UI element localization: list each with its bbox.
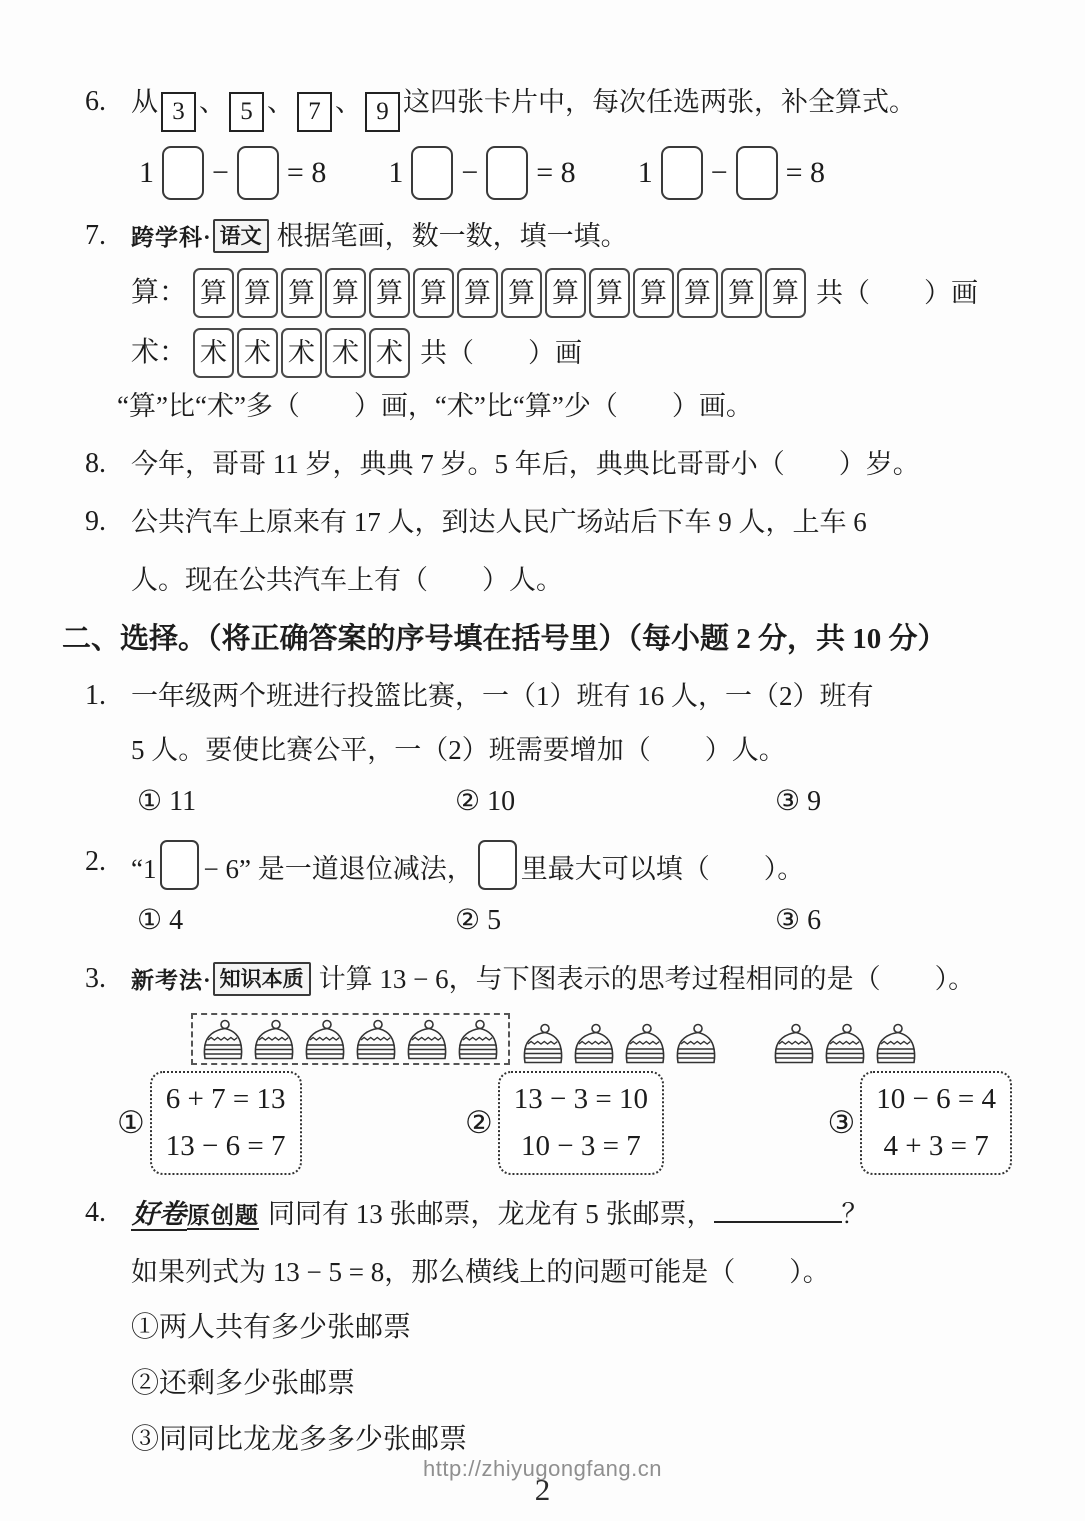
c2-text-open: “1 — [131, 854, 156, 884]
cake-icon — [822, 1023, 868, 1065]
c4-option-1: ①两人共有多少张邮票 — [131, 1306, 1030, 1350]
chinese-subject-badge: 语文 — [213, 219, 269, 253]
cake-group-right — [771, 1023, 919, 1065]
choice-question-3: 3. 新考法·知识本质计算 13 − 6，与下图表示的思考过程相同的是（ ）。 … — [85, 957, 1030, 1175]
c4-line1: 好卷原创题同同有 13 张邮票，龙龙有 5 张邮票，？ — [131, 1191, 1030, 1238]
suan-tally: 共（ ）画 — [816, 271, 978, 315]
cake-icon — [404, 1019, 450, 1061]
q9-line2: 人。现在公共汽车上有（ ）人。 — [131, 558, 1030, 602]
stroke-order-box: 术 — [237, 328, 278, 378]
option-3: ③ 6 — [775, 899, 1030, 943]
q6-text: 从3、5、7、9这四张卡片中，每次任选两张，补全算式。 — [131, 80, 1030, 132]
question-number: 4. — [85, 1191, 131, 1235]
equation-line: 10 − 3 = 7 — [514, 1123, 648, 1170]
card-value: 5 — [240, 90, 253, 134]
equation-3: 1 − = 8 — [638, 146, 825, 200]
equation-line: 4 + 3 = 7 — [876, 1123, 996, 1170]
stroke-char: 算 — [596, 271, 623, 315]
option-label: ② — [465, 1101, 493, 1145]
cake-icon — [251, 1019, 297, 1061]
stroke-order-box: 算 — [545, 268, 586, 318]
c1-line1: 一年级两个班进行投篮比赛，一（1）班有 16 人，一（2）班有 — [131, 674, 1030, 718]
card-value: 7 — [308, 90, 321, 134]
equation-lead: 1 — [388, 151, 403, 195]
card-separator: 、 — [199, 87, 226, 117]
q7-text: 跨学科·语文根据笔画，数一数，填一填。 — [131, 214, 1030, 260]
c4-option-2: ②还剩多少张邮票 — [131, 1362, 1030, 1406]
cake-group-middle — [520, 1023, 719, 1065]
stroke-char: 术 — [288, 331, 315, 375]
cake-icon — [673, 1023, 719, 1065]
option-2: ② 10 — [455, 780, 775, 824]
equation-lead: 1 — [139, 151, 154, 195]
shu-stroke-boxes: 术术术术术 — [193, 328, 410, 378]
minus-sign: − — [212, 151, 229, 195]
minus-sign: − — [461, 151, 478, 195]
option-label: ① — [117, 1101, 145, 1145]
worksheet-page: 6. 从3、5、7、9这四张卡片中，每次任选两张，补全算式。 1 − = 8 1… — [0, 0, 1085, 1521]
equation-1: 1 − = 8 — [139, 146, 326, 200]
cake-icon — [455, 1019, 501, 1061]
stroke-order-box: 术 — [369, 328, 410, 378]
stroke-char: 算 — [640, 271, 667, 315]
stroke-order-box: 算 — [677, 268, 718, 318]
question-9: 9. 公共汽车上原来有 17 人，到达人民广场站后下车 9 人，上车 6 人。现… — [85, 500, 1030, 602]
stroke-order-box: 算 — [501, 268, 542, 318]
number-card: 3 — [161, 92, 196, 132]
c3-instruction: 计算 13 − 6，与下图表示的思考过程相同的是（ ）。 — [319, 964, 975, 994]
option-equations-box: 10 − 6 = 4 4 + 3 = 7 — [860, 1071, 1012, 1175]
c2-text-mid: − 6” 是一道退位减法， — [203, 854, 473, 884]
stroke-char: 算 — [420, 271, 447, 315]
stroke-order-box: 算 — [721, 268, 762, 318]
answer-box — [486, 146, 528, 200]
q9-line1: 公共汽车上原来有 17 人，到达人民广场站后下车 9 人，上车 6 — [131, 500, 1030, 544]
stroke-order-box: 术 — [281, 328, 322, 378]
stroke-char: 算 — [772, 271, 799, 315]
card-separator: 、 — [267, 87, 294, 117]
card-value: 9 — [376, 90, 389, 134]
option-equations-box: 6 + 7 = 13 13 − 6 = 7 — [150, 1071, 302, 1175]
q6-text-prefix: 从 — [131, 87, 158, 117]
number-card: 9 — [365, 92, 400, 132]
equation-result: = 8 — [786, 151, 825, 195]
number-card: 7 — [297, 92, 332, 132]
c3-options: ① 6 + 7 = 13 13 − 6 = 7 ② 13 − 3 = 10 10… — [117, 1071, 1030, 1175]
stroke-char: 算 — [244, 271, 271, 315]
cake-icon — [571, 1023, 617, 1065]
question-6: 6. 从3、5、7、9这四张卡片中，每次任选两张，补全算式。 1 − = 8 1… — [85, 80, 1030, 200]
q7-compare-line: “算”比“术”多（ ）画，“术”比“算”少（ ）画。 — [117, 384, 1030, 428]
c4-text: 同同有 13 张邮票，龙龙有 5 张邮票， — [268, 1199, 714, 1229]
suan-stroke-row: 算： 算算算算算算算算算算算算算算 共（ ）画 — [131, 268, 1030, 318]
c4-question-mark: ？ — [842, 1199, 869, 1229]
stroke-order-box: 算 — [193, 268, 234, 318]
equation-lead: 1 — [638, 151, 653, 195]
stroke-order-box: 术 — [193, 328, 234, 378]
section-2-title: 二、选择。（将正确答案的序号填在括号里）（每小题 2 分，共 10 分） — [62, 616, 1030, 662]
q6-text-suffix: 这四张卡片中，每次任选两张，补全算式。 — [403, 87, 916, 117]
question-8: 8. 今年，哥哥 11 岁，典典 7 岁。5 年后，典典比哥哥小（ ）岁。 — [85, 442, 1030, 486]
suan-stroke-boxes: 算算算算算算算算算算算算算算 — [193, 268, 806, 318]
option-2: ② 5 — [455, 899, 775, 943]
answer-box — [736, 146, 778, 200]
original-question-badge: 原创题 — [187, 1203, 259, 1230]
stroke-char: 算 — [728, 271, 755, 315]
stroke-order-box: 算 — [413, 268, 454, 318]
shu-tally: 共（ ）画 — [420, 331, 582, 375]
answer-box — [661, 146, 703, 200]
stroke-order-box: 算 — [457, 268, 498, 318]
cake-diagram — [191, 1013, 1030, 1065]
cross-subject-badge: 跨学科· — [131, 225, 212, 250]
equation-result: = 8 — [287, 151, 326, 195]
c3-option-3: ③ 10 − 6 = 4 4 + 3 = 7 — [827, 1071, 1012, 1175]
answer-box — [160, 840, 199, 890]
cake-icon — [353, 1019, 399, 1061]
option-label: ③ — [827, 1101, 855, 1145]
option-1: ① 4 — [137, 899, 455, 943]
cake-icon — [873, 1023, 919, 1065]
c1-line2: 5 人。要使比赛公平，一（2）班需要增加（ ）人。 — [131, 728, 1030, 772]
answer-box — [162, 146, 204, 200]
shu-stroke-row: 术： 术术术术术 共（ ）画 — [131, 328, 1030, 378]
cake-group-boxed — [191, 1013, 510, 1065]
q8-text: 今年，哥哥 11 岁，典典 7 岁。5 年后，典典比哥哥小（ ）岁。 — [131, 442, 1030, 486]
stroke-char: 算 — [684, 271, 711, 315]
answer-box — [411, 146, 453, 200]
stroke-char: 算 — [508, 271, 535, 315]
blank-underline — [714, 1191, 842, 1223]
shu-label: 术： — [131, 331, 187, 375]
choice-question-4: 4. 好卷原创题同同有 13 张邮票，龙龙有 5 张邮票，？ 如果列式为 13 … — [85, 1191, 1030, 1462]
c2-text-end: 里最大可以填（ ）。 — [521, 854, 805, 884]
question-number: 7. — [85, 214, 131, 258]
q6-equations-row: 1 − = 8 1 − = 8 1 − — [139, 146, 1030, 200]
equation-line: 13 − 6 = 7 — [166, 1123, 286, 1170]
knowledge-essence-badge: 知识本质 — [213, 962, 311, 996]
new-method-badge: 新考法· — [131, 968, 212, 993]
answer-box — [478, 840, 517, 890]
stroke-char: 术 — [244, 331, 271, 375]
equation-2: 1 − = 8 — [388, 146, 575, 200]
stroke-char: 术 — [376, 331, 403, 375]
card-separator: 、 — [335, 87, 362, 117]
question-7: 7. 跨学科·语文根据笔画，数一数，填一填。 算： 算算算算算算算算算算算算算算… — [85, 214, 1030, 428]
cake-icon — [622, 1023, 668, 1065]
cake-icon — [302, 1019, 348, 1061]
stroke-char: 算 — [200, 271, 227, 315]
page-number: 2 — [535, 1472, 551, 1508]
choice-question-1: 1. 一年级两个班进行投篮比赛，一（1）班有 16 人，一（2）班有 5 人。要… — [85, 674, 1030, 824]
question-number: 9. — [85, 500, 131, 544]
question-number: 8. — [85, 442, 131, 486]
c4-line2: 如果列式为 13 − 5 = 8，那么横线上的问题可能是（ ）。 — [131, 1250, 1030, 1294]
stroke-char: 算 — [288, 271, 315, 315]
number-card: 5 — [229, 92, 264, 132]
stroke-char: 算 — [464, 271, 491, 315]
answer-box — [237, 146, 279, 200]
question-number: 1. — [85, 674, 131, 718]
cake-icon — [520, 1023, 566, 1065]
q7-instruction: 根据笔画，数一数，填一填。 — [277, 221, 628, 251]
stroke-order-box: 算 — [589, 268, 630, 318]
stroke-char: 算 — [376, 271, 403, 315]
stroke-order-box: 算 — [281, 268, 322, 318]
stroke-order-box: 算 — [237, 268, 278, 318]
stroke-char: 算 — [332, 271, 359, 315]
stroke-order-box: 算 — [765, 268, 806, 318]
stroke-order-box: 算 — [369, 268, 410, 318]
stroke-char: 算 — [552, 271, 579, 315]
stroke-order-box: 算 — [325, 268, 366, 318]
cake-icon — [200, 1019, 246, 1061]
c2-options: ① 4 ② 5 ③ 6 — [131, 899, 1030, 943]
minus-sign: − — [711, 151, 728, 195]
c2-text: “1− 6” 是一道退位减法，里最大可以填（ ）。 — [131, 840, 1030, 891]
equation-line: 10 − 6 = 4 — [876, 1076, 996, 1123]
stroke-order-box: 术 — [325, 328, 366, 378]
question-number: 3. — [85, 957, 131, 1001]
c3-text: 新考法·知识本质计算 13 − 6，与下图表示的思考过程相同的是（ ）。 — [131, 957, 1030, 1003]
equation-result: = 8 — [536, 151, 575, 195]
cake-icon — [771, 1023, 817, 1065]
card-value: 3 — [172, 90, 185, 134]
question-number: 6. — [85, 80, 131, 124]
suan-label: 算： — [131, 271, 187, 315]
option-equations-box: 13 − 3 = 10 10 − 3 = 7 — [498, 1071, 664, 1175]
equation-line: 6 + 7 = 13 — [166, 1076, 286, 1123]
stroke-char: 术 — [200, 331, 227, 375]
stroke-char: 术 — [332, 331, 359, 375]
option-1: ① 11 — [137, 780, 455, 824]
choice-question-2: 2. “1− 6” 是一道退位减法，里最大可以填（ ）。 ① 4 ② 5 ③ 6 — [85, 840, 1030, 943]
stroke-order-box: 算 — [633, 268, 674, 318]
question-number: 2. — [85, 840, 131, 884]
c1-options: ① 11 ② 10 ③ 9 — [131, 780, 1030, 824]
option-3: ③ 9 — [775, 780, 1030, 824]
c3-option-2: ② 13 − 3 = 10 10 − 3 = 7 — [465, 1071, 664, 1175]
c3-option-1: ① 6 + 7 = 13 13 − 6 = 7 — [117, 1071, 302, 1175]
haojuan-logo: 好卷 — [131, 1199, 187, 1231]
equation-line: 13 − 3 = 10 — [514, 1076, 648, 1123]
